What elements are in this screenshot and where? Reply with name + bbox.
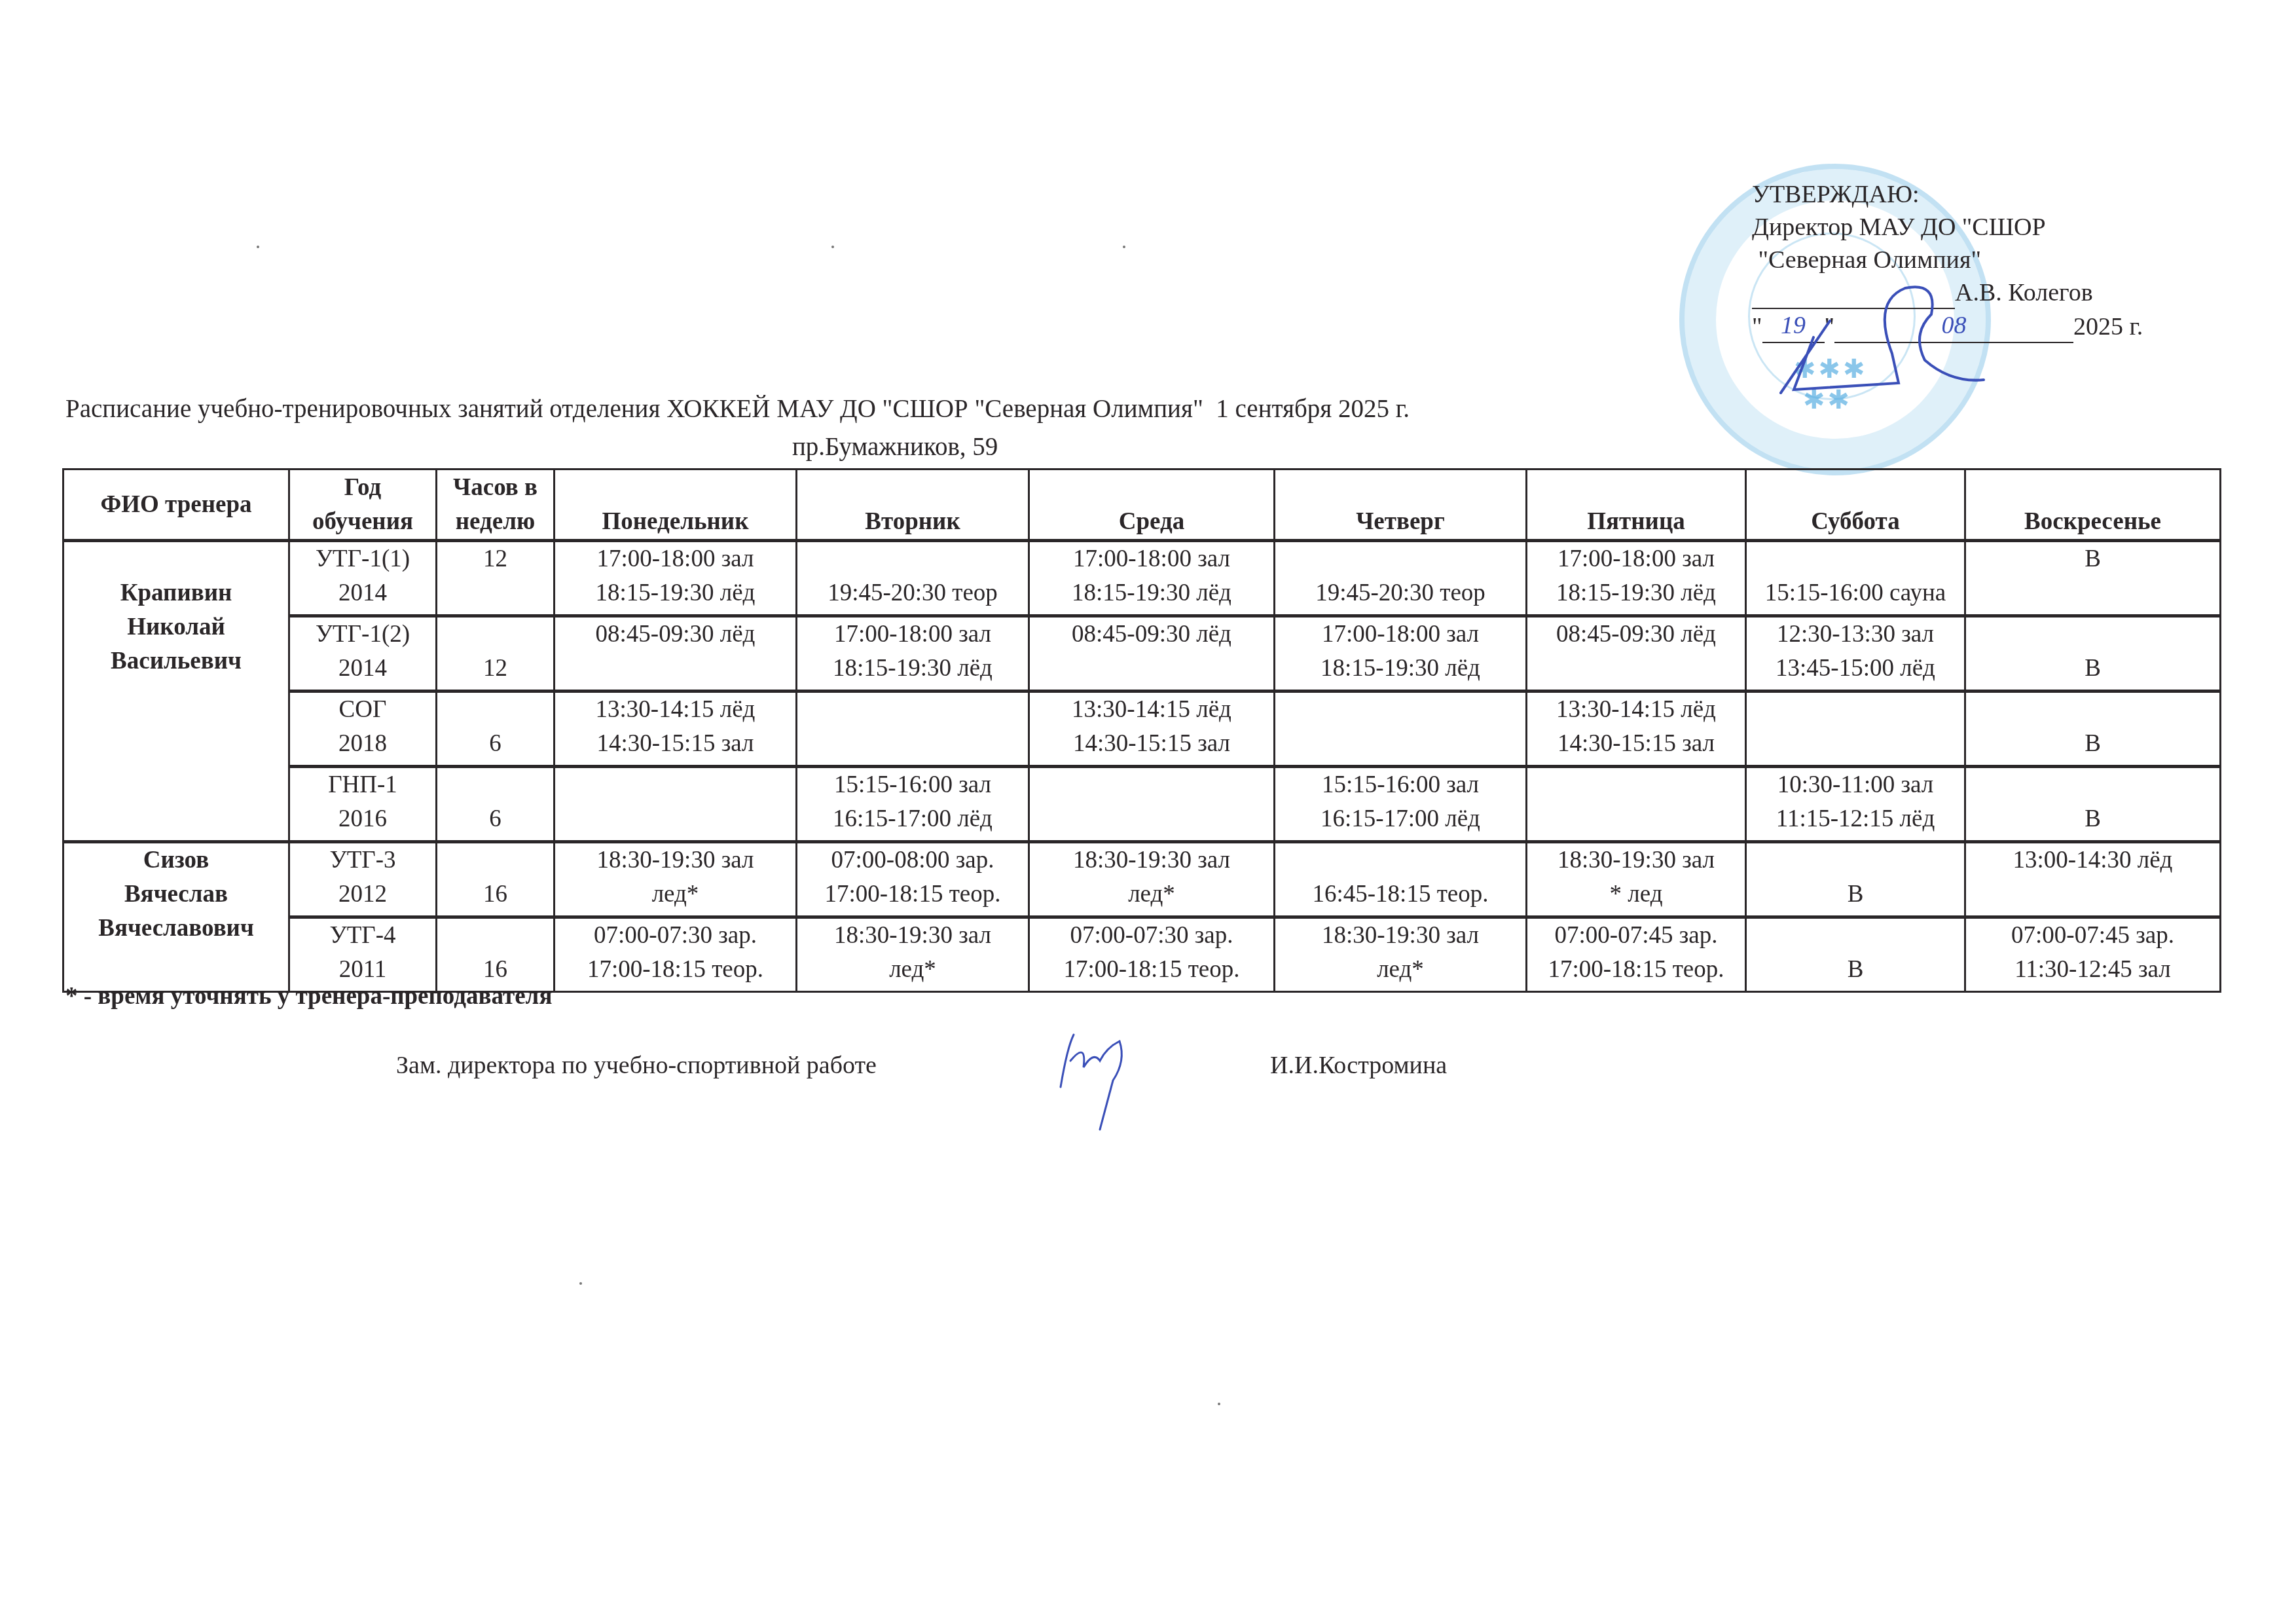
schedule-cell-mon: 08:45-09:30 лёд xyxy=(555,616,797,691)
session-line xyxy=(1967,693,2218,727)
session-line: 08:45-09:30 лёд xyxy=(1031,617,1272,652)
scan-speck xyxy=(1218,1403,1220,1405)
session-line xyxy=(1529,768,1743,802)
coach-name-line: Вячеслав xyxy=(65,877,287,912)
schedule-cell-tue: 17:00-18:00 зал18:15-19:30 лёд xyxy=(797,616,1029,691)
approval-heading: УТВЕРЖДАЮ: xyxy=(1752,178,2143,211)
schedule-cell-mon: 17:00-18:00 зал18:15-19:30 лёд xyxy=(555,541,797,616)
session-line: В xyxy=(1967,652,2218,686)
schedule-cell-sun: В xyxy=(1965,767,2221,842)
session-line: 19:45-20:30 теор xyxy=(799,576,1027,610)
session-line: 16:45-18:15 теор. xyxy=(1277,877,1524,912)
session-line: 17:00-18:15 теор. xyxy=(1031,953,1272,987)
session-line xyxy=(799,727,1027,761)
schedule-cell-wed: 07:00-07:30 зар.17:00-18:15 теор. xyxy=(1029,917,1275,992)
table-row: КрапивинНиколайВасильевичУТГ-1(1)2014121… xyxy=(64,541,2221,616)
session-line: 11:30-12:45 зал xyxy=(1967,953,2218,987)
session-line: 14:30-15:15 зал xyxy=(1031,727,1272,761)
session-line xyxy=(556,652,794,686)
session-line: 13:30-14:15 лёд xyxy=(556,693,794,727)
session-line: 13:45-15:00 лёд xyxy=(1748,652,1963,686)
schedule-cell-thu: 17:00-18:00 зал18:15-19:30 лёд xyxy=(1275,616,1527,691)
schedule-cell-sat: 12:30-13:30 зал13:45-15:00 лёд xyxy=(1746,616,1965,691)
schedule-cell-mon: 07:00-07:30 зар.17:00-18:15 теор. xyxy=(555,917,797,992)
session-line xyxy=(1277,727,1524,761)
session-line xyxy=(1967,768,2218,802)
session-line: В xyxy=(1967,727,2218,761)
schedule-cell-mon xyxy=(555,767,797,842)
schedule-cell-sat: 15:15-16:00 сауна xyxy=(1746,541,1965,616)
col-header-coach: ФИО тренера xyxy=(64,470,289,541)
session-line xyxy=(556,802,794,836)
hours-cell: 12 xyxy=(437,616,555,691)
coach-name-line: Сизов xyxy=(65,843,287,877)
schedule-cell-sun: 07:00-07:45 зар.11:30-12:45 зал xyxy=(1965,917,2221,992)
hours-cell: 16 xyxy=(437,917,555,992)
session-line xyxy=(1529,802,1743,836)
session-line xyxy=(1967,576,2218,610)
schedule-cell-fri: 18:30-19:30 зал* лед xyxy=(1527,842,1746,917)
group-birth-year: 2012 xyxy=(291,877,434,912)
session-line: 18:30-19:30 зал xyxy=(1529,843,1743,877)
session-line xyxy=(1031,652,1272,686)
col-header-sunday: Воскресенье xyxy=(1965,470,2221,541)
session-line xyxy=(1748,919,1963,953)
session-line: 17:00-18:00 зал xyxy=(1031,542,1272,576)
session-line: 17:00-18:00 зал xyxy=(1529,542,1743,576)
deputy-name: И.И.Костромина xyxy=(1270,1051,1447,1080)
schedule-cell-wed: 08:45-09:30 лёд xyxy=(1029,616,1275,691)
session-line: лед* xyxy=(799,953,1027,987)
col-header-monday: Понедельник xyxy=(555,470,797,541)
schedule-cell-thu: 19:45-20:30 теор xyxy=(1275,541,1527,616)
session-line: 12:30-13:30 зал xyxy=(1748,617,1963,652)
table-row: УТГ-1(2)2014 1208:45-09:30 лёд 17:00-18:… xyxy=(64,616,2221,691)
schedule-cell-tue: 18:30-19:30 заллед* xyxy=(797,917,1029,992)
schedule-cell-sun: В xyxy=(1965,616,2221,691)
session-line xyxy=(1748,693,1963,727)
session-line: 16:15-17:00 лёд xyxy=(799,802,1027,836)
session-line xyxy=(1031,768,1272,802)
schedule-cell-tue: 19:45-20:30 теор xyxy=(797,541,1029,616)
scan-speck xyxy=(1123,246,1125,248)
table-header-row: ФИО тренера Год обучения Часов в неделю … xyxy=(64,470,2221,541)
session-line: 15:15-16:00 сауна xyxy=(1748,576,1963,610)
hours-cell: 6 xyxy=(437,767,555,842)
session-line: 13:30-14:15 лёд xyxy=(1031,693,1272,727)
group-birth-year: 2014 xyxy=(291,652,434,686)
session-line: 08:45-09:30 лёд xyxy=(1529,617,1743,652)
schedule-cell-fri: 08:45-09:30 лёд xyxy=(1527,616,1746,691)
session-line: 18:30-19:30 зал xyxy=(799,919,1027,953)
table-row: СизовВячеславВячеславовичУТГ-32012 1618:… xyxy=(64,842,2221,917)
session-line: 18:15-19:30 лёд xyxy=(799,652,1027,686)
session-line: 07:00-07:45 зар. xyxy=(1967,919,2218,953)
session-line: 07:00-08:00 зар. xyxy=(799,843,1027,877)
session-line: 08:45-09:30 лёд xyxy=(556,617,794,652)
session-line: В xyxy=(1967,802,2218,836)
director-signature-icon xyxy=(1768,275,2003,406)
approval-position-line2: "Северная Олимпия" xyxy=(1752,244,2143,276)
session-line: 07:00-07:30 зар. xyxy=(556,919,794,953)
schedule-cell-mon: 13:30-14:15 лёд14:30-15:15 зал xyxy=(555,691,797,767)
session-line: 18:30-19:30 зал xyxy=(1031,843,1272,877)
schedule-cell-thu: 18:30-19:30 заллед* xyxy=(1275,917,1527,992)
session-line: В xyxy=(1967,542,2218,576)
session-line: 19:45-20:30 теор xyxy=(1277,576,1524,610)
session-line: 17:00-18:15 теор. xyxy=(1529,953,1743,987)
col-header-thursday: Четверг xyxy=(1275,470,1527,541)
session-line: 18:15-19:30 лёд xyxy=(1529,576,1743,610)
coach-name-cell: СизовВячеславВячеславович xyxy=(64,842,289,992)
col-header-friday: Пятница xyxy=(1527,470,1746,541)
schedule-cell-thu: 16:45-18:15 теор. xyxy=(1275,842,1527,917)
session-line xyxy=(1967,877,2218,912)
table-row: ГНП-12016 6 15:15-16:00 зал16:15-17:00 л… xyxy=(64,767,2221,842)
schedule-cell-thu xyxy=(1275,691,1527,767)
col-header-saturday: Суббота xyxy=(1746,470,1965,541)
schedule-cell-mon: 18:30-19:30 заллед* xyxy=(555,842,797,917)
session-line xyxy=(1277,693,1524,727)
group-cell: ГНП-12016 xyxy=(289,767,437,842)
session-line: 17:00-18:00 зал xyxy=(556,542,794,576)
session-line: В xyxy=(1748,953,1963,987)
group-name: ГНП-1 xyxy=(291,768,434,802)
session-line: 17:00-18:15 теор. xyxy=(799,877,1027,912)
schedule-cell-fri: 07:00-07:45 зар.17:00-18:15 теор. xyxy=(1527,917,1746,992)
coach-name-line: Николай xyxy=(65,610,287,644)
schedule-address: пр.Бумажников, 59 xyxy=(792,432,998,462)
session-line: 14:30-15:15 зал xyxy=(1529,727,1743,761)
schedule-cell-tue: 15:15-16:00 зал16:15-17:00 лёд xyxy=(797,767,1029,842)
session-line xyxy=(799,542,1027,576)
schedule-table: ФИО тренера Год обучения Часов в неделю … xyxy=(62,468,2221,993)
schedule-cell-tue: 07:00-08:00 зар.17:00-18:15 теор. xyxy=(797,842,1029,917)
schedule-cell-wed: 13:30-14:15 лёд14:30-15:15 зал xyxy=(1029,691,1275,767)
col-header-year: Год обучения xyxy=(289,470,437,541)
schedule-cell-thu: 15:15-16:00 зал16:15-17:00 лёд xyxy=(1275,767,1527,842)
schedule-cell-sun: В xyxy=(1965,541,2221,616)
col-header-hours: Часов в неделю xyxy=(437,470,555,541)
group-name: УТГ-1(2) xyxy=(291,617,434,652)
schedule-cell-tue xyxy=(797,691,1029,767)
session-line: 17:00-18:00 зал xyxy=(1277,617,1524,652)
hours-cell: 16 xyxy=(437,842,555,917)
session-line: 15:15-16:00 зал xyxy=(1277,768,1524,802)
session-line: 10:30-11:00 зал xyxy=(1748,768,1963,802)
session-line: * лед xyxy=(1529,877,1743,912)
schedule-cell-sat: 10:30-11:00 зал11:15-12:15 лёд xyxy=(1746,767,1965,842)
coach-name-line: Васильевич xyxy=(65,644,287,678)
group-birth-year: 2016 xyxy=(291,802,434,836)
group-cell: СОГ2018 xyxy=(289,691,437,767)
session-line: 07:00-07:30 зар. xyxy=(1031,919,1272,953)
session-line xyxy=(1277,542,1524,576)
schedule-cell-fri: 17:00-18:00 зал18:15-19:30 лёд xyxy=(1527,541,1746,616)
session-line xyxy=(1748,843,1963,877)
session-line: 07:00-07:45 зар. xyxy=(1529,919,1743,953)
group-name: УТГ-1(1) xyxy=(291,542,434,576)
session-line: В xyxy=(1748,877,1963,912)
hours-cell: 12 xyxy=(437,541,555,616)
scan-speck xyxy=(831,246,834,248)
schedule-title: Расписание учебно-тренировочных занятий … xyxy=(65,394,1410,424)
group-cell: УТГ-42011 xyxy=(289,917,437,992)
table-row: СОГ2018 613:30-14:15 лёд14:30-15:15 зал … xyxy=(64,691,2221,767)
session-line xyxy=(1967,617,2218,652)
hours-cell: 6 xyxy=(437,691,555,767)
schedule-cell-wed: 18:30-19:30 заллед* xyxy=(1029,842,1275,917)
session-line xyxy=(1748,542,1963,576)
table-row: УТГ-42011 1607:00-07:30 зар.17:00-18:15 … xyxy=(64,917,2221,992)
session-line: 17:00-18:00 зал xyxy=(799,617,1027,652)
approval-position-line1: Директор МАУ ДО "СШОР xyxy=(1752,211,2143,244)
session-line: лед* xyxy=(1277,953,1524,987)
coach-name-cell: КрапивинНиколайВасильевич xyxy=(64,541,289,842)
group-name: УТГ-4 xyxy=(291,919,434,953)
deputy-role: Зам. директора по учебно-спортивной рабо… xyxy=(396,1051,877,1080)
schedule-cell-sat xyxy=(1746,691,1965,767)
session-line: лед* xyxy=(556,877,794,912)
schedule-cell-fri: 13:30-14:15 лёд14:30-15:15 зал xyxy=(1527,691,1746,767)
schedule-cell-wed: 17:00-18:00 зал18:15-19:30 лёд xyxy=(1029,541,1275,616)
footnote: * - время уточнять у тренера-преподавате… xyxy=(65,982,552,1010)
session-line xyxy=(799,693,1027,727)
session-line: 18:30-19:30 зал xyxy=(556,843,794,877)
coach-name-line: Вячеславович xyxy=(65,912,287,946)
schedule-cell-sun: 13:00-14:30 лёд xyxy=(1965,842,2221,917)
session-line: 16:15-17:00 лёд xyxy=(1277,802,1524,836)
group-birth-year: 2014 xyxy=(291,576,434,610)
schedule-cell-sat: В xyxy=(1746,917,1965,992)
schedule-cell-sun: В xyxy=(1965,691,2221,767)
group-name: СОГ xyxy=(291,693,434,727)
session-line: 15:15-16:00 зал xyxy=(799,768,1027,802)
group-birth-year: 2018 xyxy=(291,727,434,761)
col-header-tuesday: Вторник xyxy=(797,470,1029,541)
coach-name-line: Крапивин xyxy=(65,576,287,610)
session-line: лед* xyxy=(1031,877,1272,912)
group-cell: УТГ-1(2)2014 xyxy=(289,616,437,691)
schedule-body: КрапивинНиколайВасильевичУТГ-1(1)2014121… xyxy=(64,541,2221,992)
session-line xyxy=(556,768,794,802)
group-name: УТГ-3 xyxy=(291,843,434,877)
session-line: 11:15-12:15 лёд xyxy=(1748,802,1963,836)
schedule-cell-sat: В xyxy=(1746,842,1965,917)
session-line xyxy=(1277,843,1524,877)
session-line: 13:00-14:30 лёд xyxy=(1967,843,2218,877)
deputy-signature-icon xyxy=(1048,1022,1159,1133)
session-line: 14:30-15:15 зал xyxy=(556,727,794,761)
session-line xyxy=(1748,727,1963,761)
session-line: 18:15-19:30 лёд xyxy=(1031,576,1272,610)
session-line: 18:30-19:30 зал xyxy=(1277,919,1524,953)
scan-speck xyxy=(257,246,259,248)
group-cell: УТГ-32012 xyxy=(289,842,437,917)
session-line: 18:15-19:30 лёд xyxy=(556,576,794,610)
col-header-wednesday: Среда xyxy=(1029,470,1275,541)
session-line xyxy=(1031,802,1272,836)
session-line: 17:00-18:15 теор. xyxy=(556,953,794,987)
session-line xyxy=(1529,652,1743,686)
schedule-cell-fri xyxy=(1527,767,1746,842)
approval-date-year: 2025 г. xyxy=(2073,310,2143,343)
scan-speck xyxy=(579,1282,582,1285)
schedule-cell-wed xyxy=(1029,767,1275,842)
session-line: 13:30-14:15 лёд xyxy=(1529,693,1743,727)
session-line: 18:15-19:30 лёд xyxy=(1277,652,1524,686)
group-cell: УТГ-1(1)2014 xyxy=(289,541,437,616)
